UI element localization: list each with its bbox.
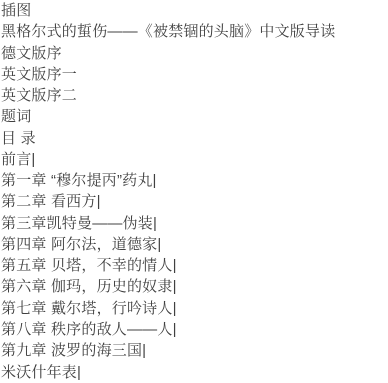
toc-item-chapter-6[interactable]: 第六章 伽玛，历史的奴隶| xyxy=(1,276,388,297)
toc-item-chapter-2[interactable]: 第二章 看西方| xyxy=(1,191,388,212)
toc-item-cn-introduction[interactable]: 黑格尔式的蜇伤——《被禁锢的头脑》中文版导读 xyxy=(1,21,388,42)
toc-item-chapter-4[interactable]: 第四章 阿尔法，道德家| xyxy=(1,234,388,255)
toc-item-chapter-9[interactable]: 第九章 波罗的海三国| xyxy=(1,340,388,361)
toc-item-chapter-7[interactable]: 第七章 戴尔塔，行吟诗人| xyxy=(1,298,388,319)
toc-item-foreword[interactable]: 前言| xyxy=(1,149,388,170)
toc-item-chapter-3[interactable]: 第三章凯特曼——伪装| xyxy=(1,213,388,234)
toc-item-english-preface-2[interactable]: 英文版序二 xyxy=(1,85,388,106)
toc-item-chapter-1[interactable]: 第一章 “穆尔提丙”药丸| xyxy=(1,170,388,191)
toc-item-chapter-5[interactable]: 第五章 贝塔，不幸的情人| xyxy=(1,255,388,276)
toc-item-german-preface[interactable]: 德文版序 xyxy=(1,43,388,64)
toc-item-contents[interactable]: 目 录 xyxy=(1,128,388,149)
toc-item-illustrations[interactable]: 插图 xyxy=(1,0,388,21)
toc-item-chapter-8[interactable]: 第八章 秩序的敌人——人| xyxy=(1,319,388,340)
toc-item-epigraph[interactable]: 题词 xyxy=(1,106,388,127)
table-of-contents: 插图 黑格尔式的蜇伤——《被禁锢的头脑》中文版导读 德文版序 英文版序一 英文版… xyxy=(0,0,388,383)
toc-item-chronology[interactable]: 米沃什年表| xyxy=(1,362,388,383)
toc-item-english-preface-1[interactable]: 英文版序一 xyxy=(1,64,388,85)
